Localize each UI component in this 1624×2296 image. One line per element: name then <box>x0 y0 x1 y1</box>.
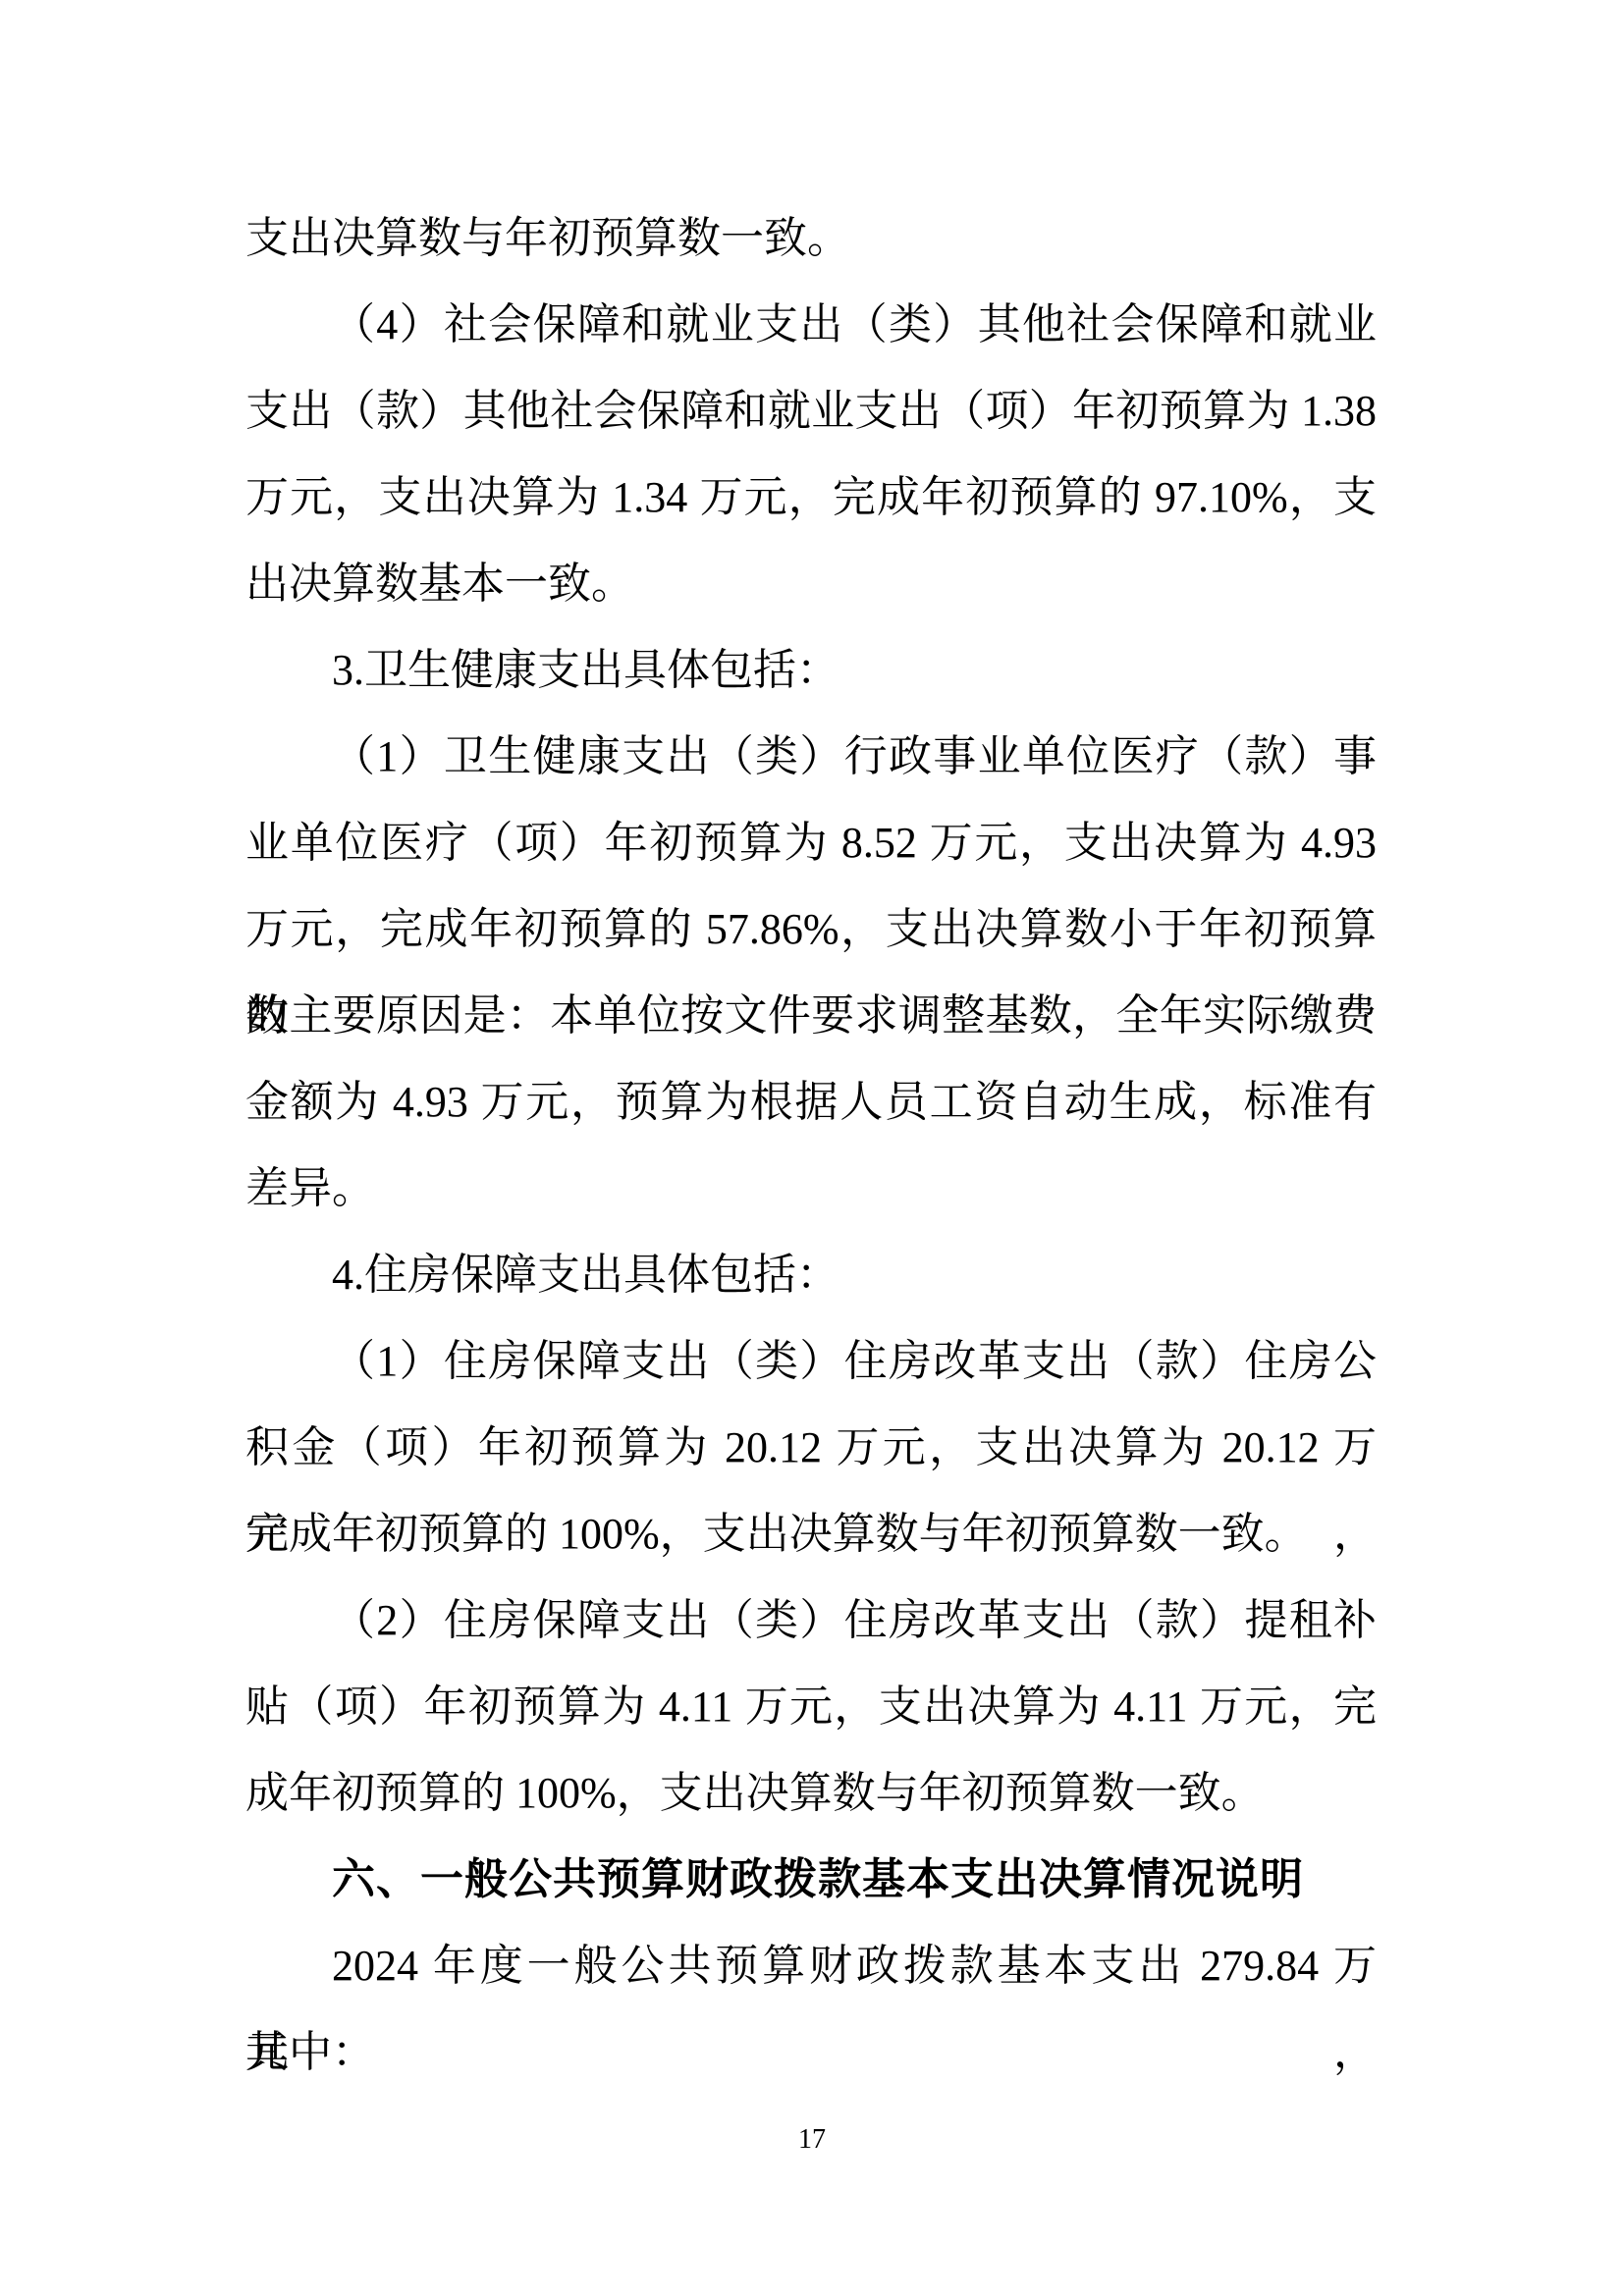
text-line: 金额为 4.93 万元，预算为根据人员工资自动生成，标准有 <box>245 1059 1377 1146</box>
text-line: 4.住房保障支出具体包括： <box>245 1232 1377 1318</box>
text-line: 的主要原因是：本单位按文件要求调整基数，全年实际缴费 <box>245 973 1377 1059</box>
body-text: 支出决算数与年初预算数一致。 （4）社会保障和就业支出（类）其他社会保障和就业 … <box>245 195 1377 2096</box>
text-line: 差异。 <box>245 1146 1377 1232</box>
text-line: 支出决算数与年初预算数一致。 <box>245 195 1377 282</box>
text-line: 业单位医疗（项）年初预算为 8.52 万元，支出决算为 4.93 <box>245 800 1377 886</box>
text-line: 成年初预算的 100%，支出决算数与年初预算数一致。 <box>245 1750 1377 1837</box>
text-line: （1）住房保障支出（类）住房改革支出（款）住房公 <box>245 1318 1377 1405</box>
text-line: 万元，完成年初预算的 57.86%，支出决算数小于年初预算数 <box>245 886 1377 973</box>
text-line: 贴（项）年初预算为 4.11 万元，支出决算为 4.11 万元，完 <box>245 1664 1377 1750</box>
text-line: 积金（项）年初预算为 20.12 万元，支出决算为 20.12 万元， <box>245 1405 1377 1491</box>
text-line: 2024 年度一般公共预算财政拨款基本支出 279.84 万元， <box>245 1923 1377 2009</box>
section-heading: 六、一般公共预算财政拨款基本支出决算情况说明 <box>245 1837 1377 1923</box>
text-line: 完成年初预算的 100%，支出决算数与年初预算数一致。 <box>245 1491 1377 1577</box>
text-line: （2）住房保障支出（类）住房改革支出（款）提租补 <box>245 1577 1377 1664</box>
text-line: （4）社会保障和就业支出（类）其他社会保障和就业 <box>245 282 1377 368</box>
text-line: （1）卫生健康支出（类）行政事业单位医疗（款）事 <box>245 714 1377 800</box>
text-line: 3.卫生健康支出具体包括： <box>245 627 1377 714</box>
text-line: 出决算数基本一致。 <box>245 541 1377 627</box>
document-page: 支出决算数与年初预算数一致。 （4）社会保障和就业支出（类）其他社会保障和就业 … <box>0 0 1624 2296</box>
page-number: 17 <box>0 2120 1624 2160</box>
text-line: 万元，支出决算为 1.34 万元，完成年初预算的 97.10%，支 <box>245 454 1377 541</box>
text-line: 支出（款）其他社会保障和就业支出（项）年初预算为 1.38 <box>245 368 1377 454</box>
